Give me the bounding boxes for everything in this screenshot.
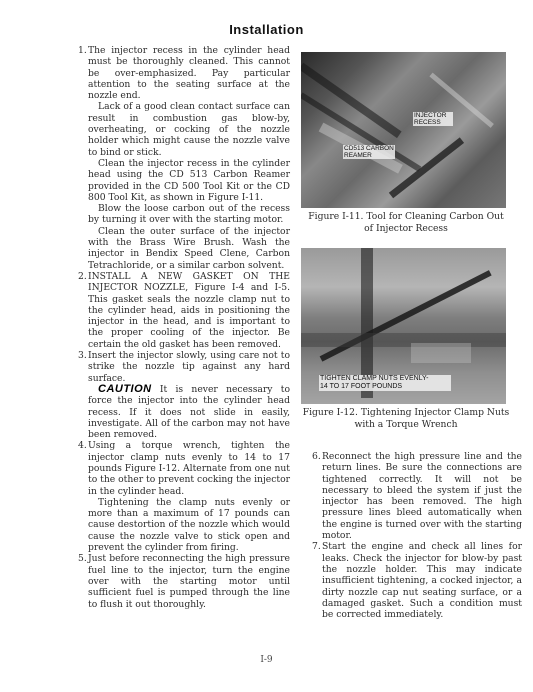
step-number: 2. [78,271,87,282]
right-column: 6. Reconnect the high pressure line and … [312,451,522,620]
photo-detail [411,343,471,363]
caption-line: of Injector Recess [296,223,516,235]
step-6: 6. Reconnect the high pressure line and … [312,451,522,541]
figure-i-11-photo: INJECTOR RECESS CD513 CARBON REAMER [301,52,506,208]
step-1: 1. The injector recess in the cylinder h… [78,45,290,271]
paragraph: Tightening the clamp nuts evenly or more… [88,497,290,553]
paragraph: Lack of a good clean contact surface can… [88,101,290,157]
step-number: 7. [312,541,321,552]
step-7: 7. Start the engine and check all lines … [312,541,522,620]
caption-line: Figure I-12. Tightening Injector Clamp N… [296,407,516,419]
step-3: 3. Insert the injector slowly, using car… [78,350,290,440]
step-number: 5. [78,553,87,564]
photo-detail [301,333,506,347]
step-number: 3. [78,350,87,361]
step-4: 4. Using a torque wrench, tighten the in… [78,440,290,553]
paragraph: Clean the outer surface of the injector … [88,226,290,271]
figure-i-12-caption: Figure I-12. Tightening Injector Clamp N… [296,407,516,430]
step-5: 5. Just before reconnecting the high pre… [78,553,290,609]
step-text: Just before reconnecting the high pressu… [88,553,290,609]
figure-i-11-caption: Figure I-11. Tool for Cleaning Carbon Ou… [296,211,516,234]
step-number: 6. [312,451,321,462]
page-title: Installation [0,22,533,37]
paragraph: Blow the loose carbon out of the recess … [88,203,290,226]
caution-label: CAUTION [98,383,152,395]
left-column: 1. The injector recess in the cylinder h… [78,45,290,610]
figure-label-injector-recess: INJECTOR RECESS [413,112,453,126]
step-text: Insert the injector slowly, using care n… [88,350,290,384]
figure-i-12-photo: TIGHTEN CLAMP NUTS EVENLY- 14 TO 17 FOOT… [301,248,506,404]
paragraph: Clean the injector recess in the cylinde… [88,158,290,203]
step-text: Using a torque wrench, tighten the injec… [88,440,290,496]
step-text: Reconnect the high pressure line and the… [322,451,522,541]
caption-line: with a Torque Wrench [296,419,516,431]
step-text: Start the engine and check all lines for… [322,541,522,620]
figure-label-carbon-reamer: CD513 CARBON REAMER [343,145,395,159]
figure-label-tighten: TIGHTEN CLAMP NUTS EVENLY- 14 TO 17 FOOT… [319,375,451,391]
step-text: INSTALL A NEW GASKET ON THE INJECTOR NOZ… [88,271,290,350]
step-number: 4. [78,440,87,451]
page-number: I-9 [0,655,533,665]
label-line: TIGHTEN CLAMP NUTS EVENLY- [320,375,450,383]
step-2: 2. INSTALL A NEW GASKET ON THE INJECTOR … [78,271,290,350]
caution-paragraph: CAUTION It is never necessary to force t… [88,384,290,440]
step-text: The injector recess in the cylinder head… [88,45,290,101]
label-line: 14 TO 17 FOOT POUNDS [320,383,450,391]
caption-line: Figure I-11. Tool for Cleaning Carbon Ou… [296,211,516,223]
step-number: 1. [78,45,87,56]
